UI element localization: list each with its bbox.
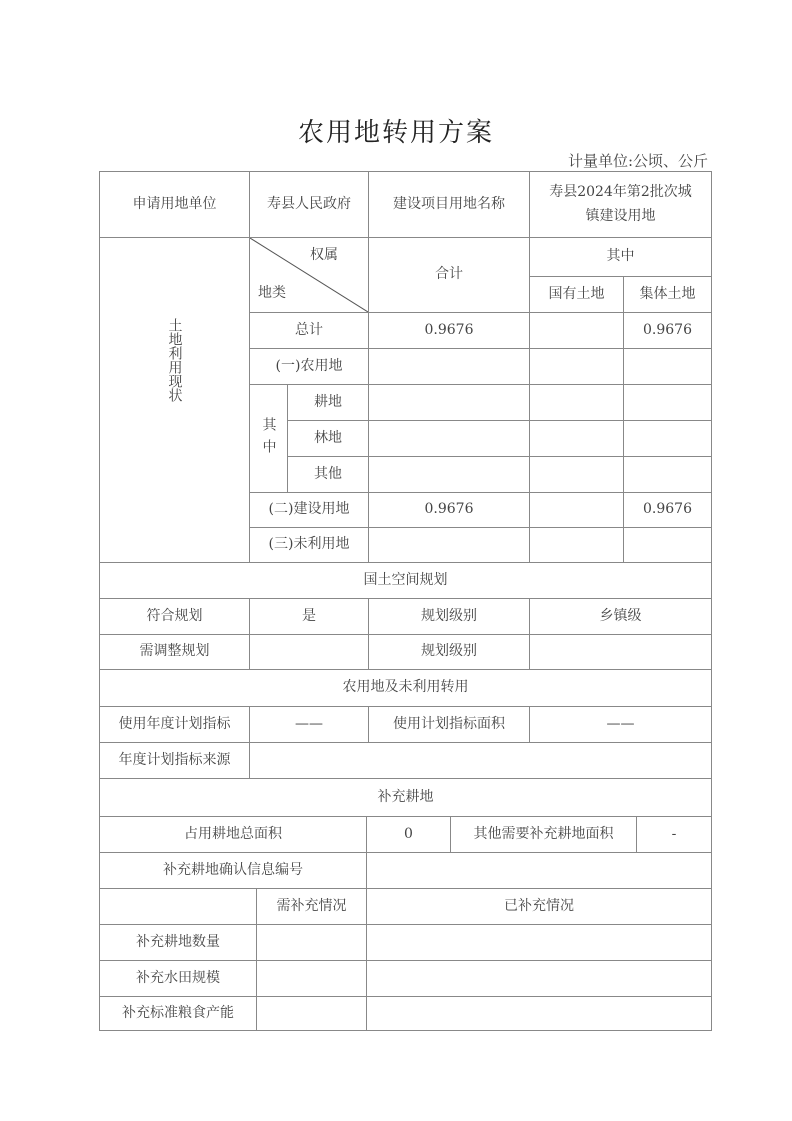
row-collective	[623, 348, 712, 385]
row-total	[368, 527, 530, 563]
row-total: 0.9676	[368, 492, 530, 528]
row-state	[529, 492, 624, 528]
row-total	[368, 348, 530, 385]
supp-row-label: 补充标准粮食产能	[99, 996, 257, 1031]
diagonal-header: 权属 地类	[249, 237, 369, 313]
sub-label: 其中	[249, 384, 288, 493]
level-value: 乡镇级	[529, 598, 712, 635]
confirm-value	[366, 852, 712, 889]
project-label: 建设项目用地名称	[368, 171, 530, 238]
supp-row-need	[256, 960, 367, 997]
supp-row-need	[256, 924, 367, 961]
row-state	[529, 384, 624, 421]
row-state	[529, 348, 624, 385]
supp-row-label: 补充耕地数量	[99, 924, 257, 961]
conform-value: 是	[249, 598, 369, 635]
area-value: ——	[529, 706, 712, 743]
row-collective: 0.9676	[623, 312, 712, 349]
level2-label: 规划级别	[368, 634, 530, 670]
row-total	[368, 420, 530, 457]
adjust-label: 需调整规划	[99, 634, 250, 670]
conform-label: 符合规划	[99, 598, 250, 635]
supp-row-label: 补充水田规模	[99, 960, 257, 997]
collective-header: 集体土地	[623, 276, 712, 313]
done-header: 已补充情况	[366, 888, 712, 925]
row-label: 耕地	[287, 384, 369, 421]
confirm-label: 补充耕地确认信息编号	[99, 852, 367, 889]
supp-row-done	[366, 996, 712, 1031]
row-state	[529, 420, 624, 457]
supp-row-done	[366, 960, 712, 997]
state-header: 国有土地	[529, 276, 624, 313]
row-label: (一)农用地	[249, 348, 369, 385]
supp-row-need	[256, 996, 367, 1031]
of-which-header: 其中	[529, 237, 712, 277]
category-label: 地类	[258, 282, 286, 306]
other-value: -	[636, 816, 712, 853]
row-collective	[623, 527, 712, 563]
applicant-value: 寿县人民政府	[249, 171, 369, 238]
adjust-value	[249, 634, 369, 670]
row-state	[529, 527, 624, 563]
land-section-label: 土地利用现状	[99, 237, 250, 563]
row-total: 0.9676	[368, 312, 530, 349]
row-label: 其他	[287, 456, 369, 493]
level-label: 规划级别	[368, 598, 530, 635]
row-label: 总计	[249, 312, 369, 349]
page-title: 农用地转用方案	[0, 112, 792, 149]
project-value: 寿县2024年第2批次城镇建设用地	[529, 171, 712, 238]
row-total	[368, 384, 530, 421]
row-state	[529, 312, 624, 349]
row-state	[529, 456, 624, 493]
row-label: (三)未利用地	[249, 527, 369, 563]
conversion-section-title: 农用地及未利用转用	[99, 669, 712, 707]
row-total	[368, 456, 530, 493]
other-label: 其他需要补充耕地面积	[450, 816, 637, 853]
row-collective	[623, 420, 712, 457]
occupied-label: 占用耕地总面积	[99, 816, 367, 853]
ownership-label: 权属	[310, 244, 338, 268]
planning-section-title: 国土空间规划	[99, 562, 712, 599]
supp-row-done	[366, 924, 712, 961]
source-value	[249, 742, 712, 779]
row-collective	[623, 456, 712, 493]
annual-value: ——	[249, 706, 369, 743]
row-collective: 0.9676	[623, 492, 712, 528]
level2-value	[529, 634, 712, 670]
row-label: (二)建设用地	[249, 492, 369, 528]
applicant-label: 申请用地单位	[99, 171, 250, 238]
blank-header	[99, 888, 257, 925]
total-col-header: 合计	[368, 237, 530, 313]
area-label: 使用计划指标面积	[368, 706, 530, 743]
row-label: 林地	[287, 420, 369, 457]
source-label: 年度计划指标来源	[99, 742, 250, 779]
annual-label: 使用年度计划指标	[99, 706, 250, 743]
need-header: 需补充情况	[256, 888, 367, 925]
row-collective	[623, 384, 712, 421]
unit-note: 计量单位:公顷、公斤	[568, 150, 708, 171]
supplement-section-title: 补充耕地	[99, 778, 712, 817]
occupied-value: 0	[366, 816, 451, 853]
